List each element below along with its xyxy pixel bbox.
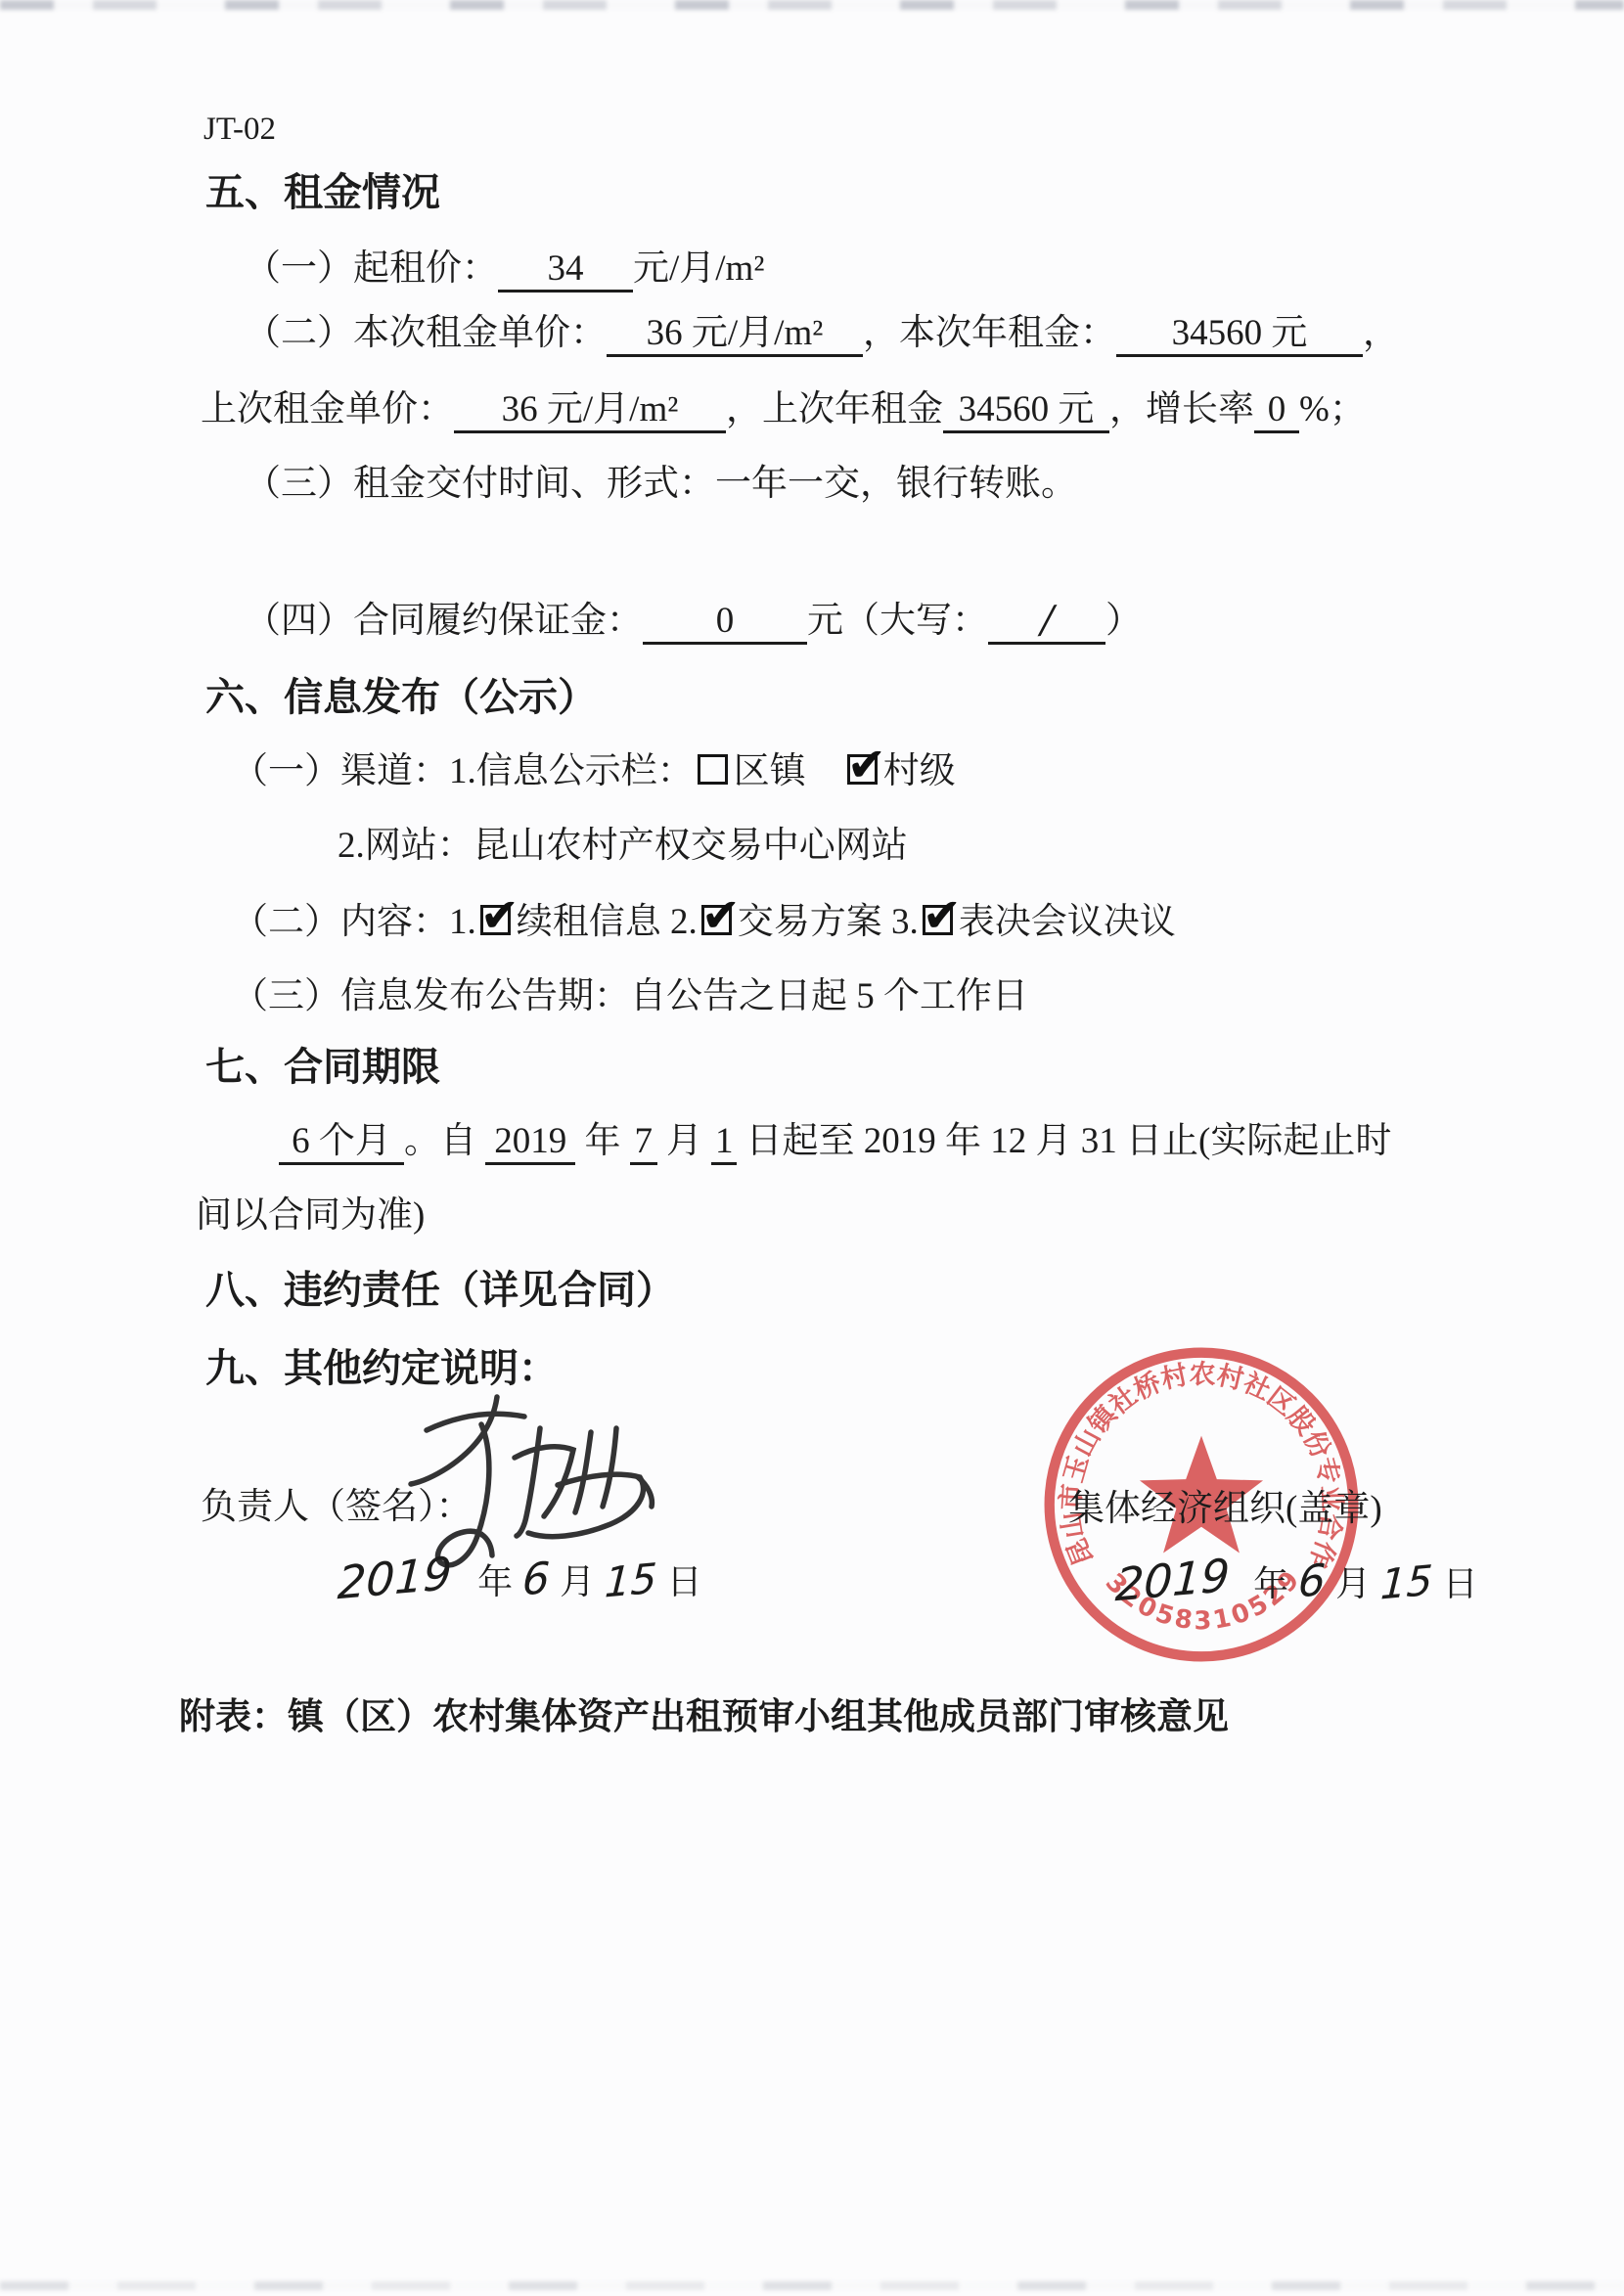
publish-content-label: （二）内容：1.: [232, 902, 476, 942]
growth-rate-value: 0: [1254, 390, 1299, 433]
seal-ring-text: 昆山市玉山镇社桥村农村社区股份专业合作社: [1029, 1332, 1347, 1572]
previous-rent-mid: ，上次年租金: [726, 389, 943, 429]
form-code: JT-02: [203, 110, 276, 150]
scanned-form-page: JT-02 五、租金情况 （一）起租价：34元/月/m² （二）本次租金单价：3…: [0, 0, 1624, 2296]
svg-text:昆山市玉山镇社桥村农村社区股份专业合作社: 昆山市玉山镇社桥村农村社区股份专业合作社: [1029, 1332, 1347, 1572]
rent-start-price-value: 34: [498, 249, 633, 293]
deposit-capital-value: /: [988, 601, 1105, 645]
section-5-title: 五、租金情况: [205, 168, 440, 217]
current-annual-rent: 34560 元: [1116, 314, 1363, 357]
current-rent-line: （二）本次租金单价：36 元/月/m²，本次年租金：34560 元，: [245, 311, 1399, 357]
publish-channel-line: （一）渠道：1.信息公示栏：区镇村级: [232, 749, 956, 794]
content-item-plan: 交易方案 3.: [738, 902, 919, 942]
contract-term-line: 6 个月。自 2019 年 7 月 1 日起至 2019 年 12 月 31 日…: [279, 1119, 1391, 1165]
contract-term-line2: 间以合同为准): [196, 1193, 425, 1238]
term-mid1: 。自: [404, 1121, 485, 1161]
scan-artifact-bottom: [0, 2281, 1624, 2290]
org-seal-label: 集体经济组织(盖章): [1068, 1487, 1382, 1532]
handwritten-year: 2019: [337, 1547, 453, 1610]
term-start-month: 7: [630, 1122, 657, 1165]
handwritten-slash: /: [1040, 600, 1055, 641]
publish-period-line: （三）信息发布公告期：自公告之日起 5 个工作日: [232, 974, 1028, 1019]
current-rent-tail: ，: [1363, 313, 1399, 353]
current-rent-label: （二）本次租金单价：: [245, 313, 607, 353]
scan-artifact-top: [0, 0, 1624, 10]
payment-terms-line: （三）租金交付时间、形式：一年一交，银行转账。: [245, 462, 1077, 507]
term-start-day: 1: [711, 1122, 737, 1165]
checkbox-checked-icon: [480, 905, 511, 935]
section-9-title: 九、其他约定说明：: [205, 1344, 558, 1393]
rent-start-price-unit: 元/月/m²: [633, 248, 764, 289]
checkbox-checked-icon: [847, 754, 878, 785]
month-unit: 月: [1335, 1556, 1371, 1606]
month-unit: 月: [560, 1554, 595, 1604]
deposit-value: 0: [643, 602, 807, 645]
handwritten-day: 15: [604, 1553, 658, 1606]
previous-rent-unit-price: 36 元/月/m²: [454, 390, 726, 433]
section-7-title: 七、合同期限: [205, 1043, 440, 1092]
handwritten-year: 2019: [1114, 1549, 1231, 1612]
term-end-text: 日起至 2019 年 12 月 31 日止(实际起止时: [737, 1121, 1391, 1161]
deposit-tail: ）: [1105, 601, 1142, 641]
growth-rate-label: ，增长率: [1109, 389, 1254, 429]
term-length-value: 6 个月: [279, 1122, 404, 1165]
publish-channel-label: （一）渠道：1.信息公示栏：: [232, 751, 694, 791]
handwritten-month: 6: [521, 1553, 552, 1606]
signature-date: 2019 年 6 月 15 日: [338, 1552, 712, 1604]
term-mid2: 年: [575, 1121, 630, 1161]
year-unit: 年: [477, 1554, 513, 1604]
day-unit: 日: [667, 1554, 702, 1604]
content-item-renewal: 续租信息 2.: [517, 902, 698, 942]
term-mid3: 月: [657, 1121, 712, 1161]
publish-website-line: 2.网站：昆山农村产权交易中心网站: [338, 824, 908, 869]
checkbox-checked-icon: [923, 905, 953, 935]
section-8-title: 八、违约责任（详见合同）: [205, 1266, 675, 1315]
current-rent-mid: ，本次年租金：: [863, 313, 1116, 353]
section-6-title: 六、信息发布（公示）: [205, 673, 597, 722]
year-unit: 年: [1253, 1556, 1288, 1606]
current-rent-unit-price: 36 元/月/m²: [607, 314, 863, 357]
channel-option-district: 区镇: [734, 751, 806, 791]
publish-content-line: （二）内容：1.续租信息 2.交易方案 3.表决会议决议: [232, 900, 1176, 945]
previous-rent-tail: %；: [1299, 389, 1366, 429]
previous-rent-line: 上次租金单价：36 元/月/m²，上次年租金34560 元，增长率0%；: [201, 387, 1366, 433]
previous-annual-rent: 34560 元: [943, 390, 1109, 433]
seal-date: 2019 年 6 月 15 日: [1115, 1553, 1488, 1606]
content-item-resolution: 表决会议决议: [959, 902, 1176, 942]
appendix-note: 附表：镇（区）农村集体资产出租预审小组其他成员部门审核意见: [179, 1694, 1229, 1739]
day-unit: 日: [1443, 1556, 1478, 1606]
handwritten-month: 6: [1297, 1555, 1328, 1608]
deposit-line: （四）合同履约保证金：0元（大写：/）: [245, 599, 1142, 645]
deposit-label: （四）合同履约保证金：: [245, 601, 643, 641]
checkbox-checked-icon: [701, 905, 732, 935]
previous-rent-label: 上次租金单价：: [201, 389, 454, 429]
deposit-mid: 元（大写：: [807, 601, 988, 641]
checkbox-unchecked-icon: [698, 754, 728, 785]
rent-start-price-line: （一）起租价：34元/月/m²: [245, 247, 764, 293]
term-start-year: 2019: [485, 1122, 575, 1165]
handwritten-day: 15: [1379, 1555, 1434, 1608]
rent-start-price-label: （一）起租价：: [245, 248, 498, 289]
channel-option-village: 村级: [883, 751, 956, 791]
